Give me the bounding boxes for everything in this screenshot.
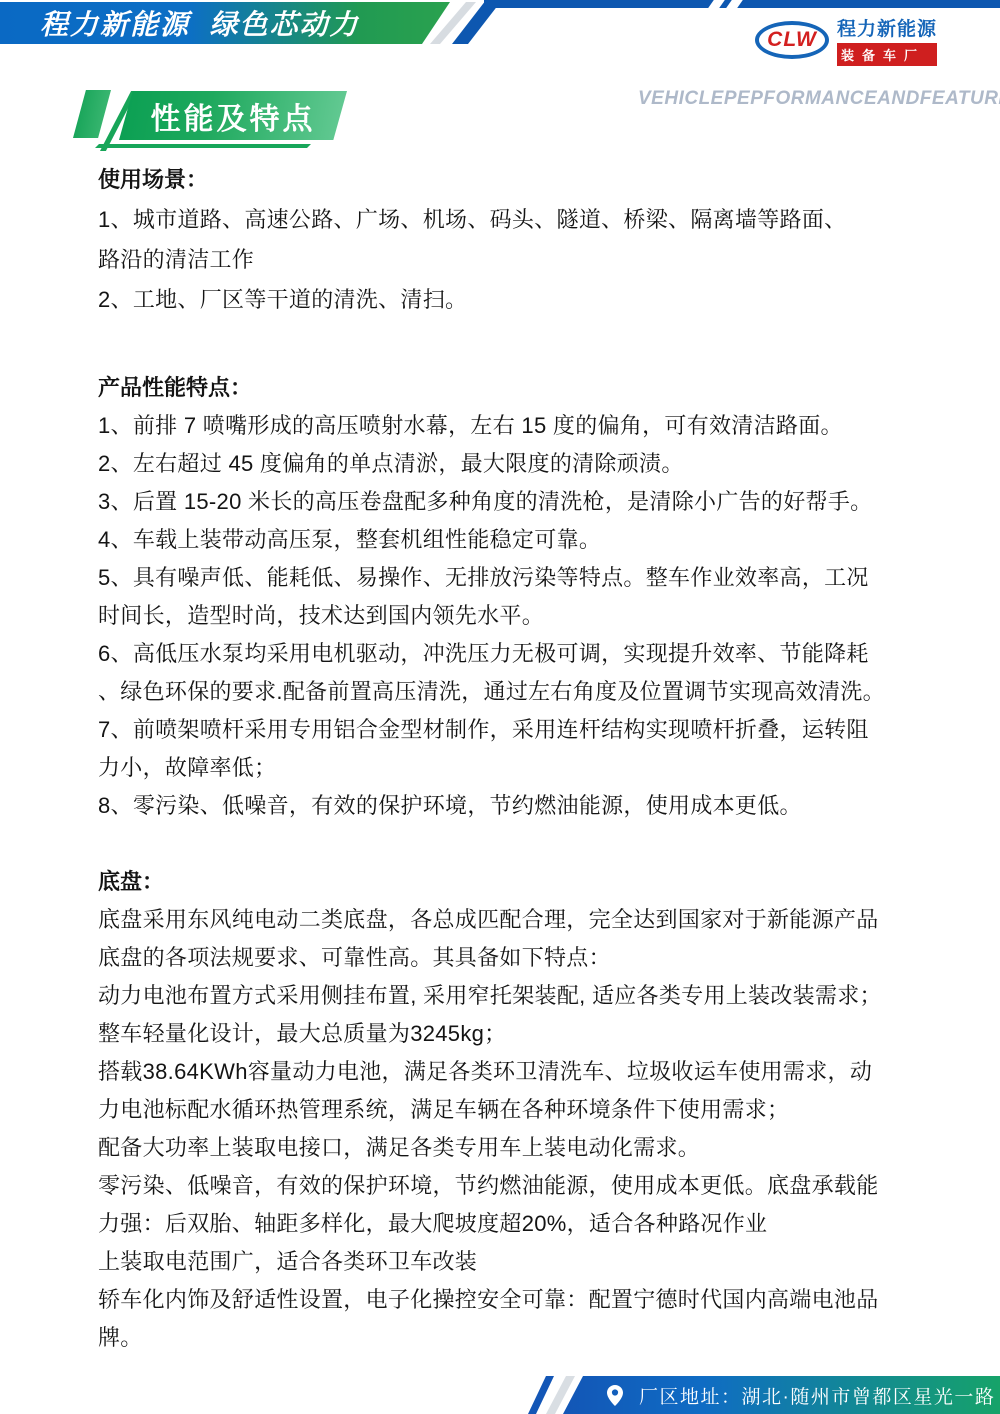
text-line: 整车轻量化设计，最大总质量为3245kg； <box>98 1015 928 1053</box>
text-line: 7、前喷架喷杆采用专用铝合金型材制作，采用连杆结构实现喷杆折叠，运转阻 <box>98 711 928 749</box>
text-line: 牌。 <box>98 1319 928 1357</box>
text-line: 6、高低压水泵均采用电机驱动，冲洗压力无极可调，实现提升效率、节能降耗 <box>98 635 928 673</box>
logo-subtitle: 装备车厂 <box>837 43 937 66</box>
text-line: 动力电池布置方式采用侧挂布置, 采用窄托架装配, 适应各类专用上装改装需求； <box>98 977 928 1015</box>
text-line: 4、车载上装带动高压泵，整套机组性能稳定可靠。 <box>98 521 928 559</box>
section-title-badge: 性能及特点 <box>119 91 347 140</box>
logo-company-name: 程力新能源 <box>837 14 937 41</box>
section-usage: 使用场景： 1、城市道路、高速公路、广场、机场、码头、隧道、桥梁、隔离墙等路面、… <box>98 160 928 320</box>
content: 使用场景： 1、城市道路、高速公路、广场、机场、码头、隧道、桥梁、隔离墙等路面、… <box>98 160 928 1357</box>
factory-address: 厂区地址：湖北·随州市曾都区星光一路 <box>639 1382 995 1409</box>
text-line: 时间长，造型时尚，技术达到国内领先水平。 <box>98 597 928 635</box>
text-line: 零污染、低噪音，有效的保护环境，节约燃油能源，使用成本更低。底盘承载能 <box>98 1167 928 1205</box>
text-line: 5、具有噪声低、能耗低、易操作、无排放污染等特点。整车作业效率高，工况 <box>98 559 928 597</box>
badge-parallelogram-decoration <box>73 90 111 138</box>
logo-abbr: CLW <box>767 28 817 52</box>
text-line: 力小，故障率低； <box>98 749 928 787</box>
text-line: 轿车化内饰及舒适性设置，电子化操控安全可靠：配置宁德时代国内高端电池品 <box>98 1281 928 1319</box>
section-heading: 产品性能特点： <box>98 369 928 407</box>
section-lines: 1、前排 7 喷嘴形成的高压喷射水幕，左右 15 度的偏角，可有效清洁路面。2、… <box>98 407 928 825</box>
text-line: 2、工地、厂区等干道的清洗、清扫。 <box>98 280 928 320</box>
text-line: 3、后置 15-20 米长的高压卷盘配多种角度的清洗枪，是清除小广告的好帮手。 <box>98 483 928 521</box>
text-line: 2、左右超过 45 度偏角的单点清淤，最大限度的清除顽渍。 <box>98 445 928 483</box>
text-line: 底盘采用东风纯电动二类底盘，各总成匹配合理，完全达到国家对于新能源产品 <box>98 901 928 939</box>
text-line: 力强：后双胎、轴距多样化，最大爬坡度超20%，适合各种路况作业 <box>98 1205 928 1243</box>
text-line: 上装取电范围广，适合各类环卫车改装 <box>98 1243 928 1281</box>
header-top-strip <box>484 0 1000 8</box>
logo-text: 程力新能源 装备车厂 <box>837 14 937 66</box>
section-features: 产品性能特点： 1、前排 7 喷嘴形成的高压喷射水幕，左右 15 度的偏角，可有… <box>98 369 928 825</box>
section-lines: 底盘采用东风纯电动二类底盘，各总成匹配合理，完全达到国家对于新能源产品底盘的各项… <box>98 901 928 1357</box>
page-title: 性能及特点 <box>151 94 316 138</box>
text-line: 底盘的各项法规要求、可靠性高。其具备如下特点： <box>98 939 928 977</box>
section-heading: 使用场景： <box>98 160 928 200</box>
clw-oval-icon: CLW <box>755 21 829 59</box>
text-line: 力电池标配水循环热管理系统，满足车辆在各种环境条件下使用需求； <box>98 1091 928 1129</box>
text-line: 1、前排 7 喷嘴形成的高压喷射水幕，左右 15 度的偏角，可有效清洁路面。 <box>98 407 928 445</box>
watermark-text: VEHICLEPEPFORMANCEANDFEATURES <box>638 88 1000 110</box>
header-banner: 程力新能源 绿色芯动力 <box>0 2 450 44</box>
text-line: 路沿的清洁工作 <box>98 240 928 280</box>
page: { "colors":{ "header_blue":"#0b6ac5","he… <box>0 0 1000 1414</box>
brand-slogan: 程力新能源 绿色芯动力 <box>0 3 360 43</box>
text-line: 配备大功率上装取电接口，满足各类专用车上装电动化需求。 <box>98 1129 928 1167</box>
location-pin-icon <box>607 1385 623 1406</box>
text-line: 搭载38.64KWh容量动力电池，满足各类环卫清洗车、垃圾收运车使用需求，动 <box>98 1053 928 1091</box>
section-lines: 1、城市道路、高速公路、广场、机场、码头、隧道、桥梁、隔离墙等路面、路沿的清洁工… <box>98 200 928 320</box>
text-line: 8、零污染、低噪音，有效的保护环境，节约燃油能源，使用成本更低。 <box>98 787 928 825</box>
badge-underline <box>95 144 311 148</box>
text-line: 、绿色环保的要求.配备前置高压清洗，通过左右角度及位置调节实现高效清洗。 <box>98 673 928 711</box>
section-heading: 底盘： <box>98 863 928 901</box>
company-logo: CLW 程力新能源 装备车厂 <box>753 13 939 67</box>
footer-bar: 厂区地址：湖北·随州市曾都区星光一路 <box>563 1376 1000 1414</box>
text-line: 1、城市道路、高速公路、广场、机场、码头、隧道、桥梁、隔离墙等路面、 <box>98 200 928 240</box>
section-chassis: 底盘： 底盘采用东风纯电动二类底盘，各总成匹配合理，完全达到国家对于新能源产品底… <box>98 863 928 1357</box>
